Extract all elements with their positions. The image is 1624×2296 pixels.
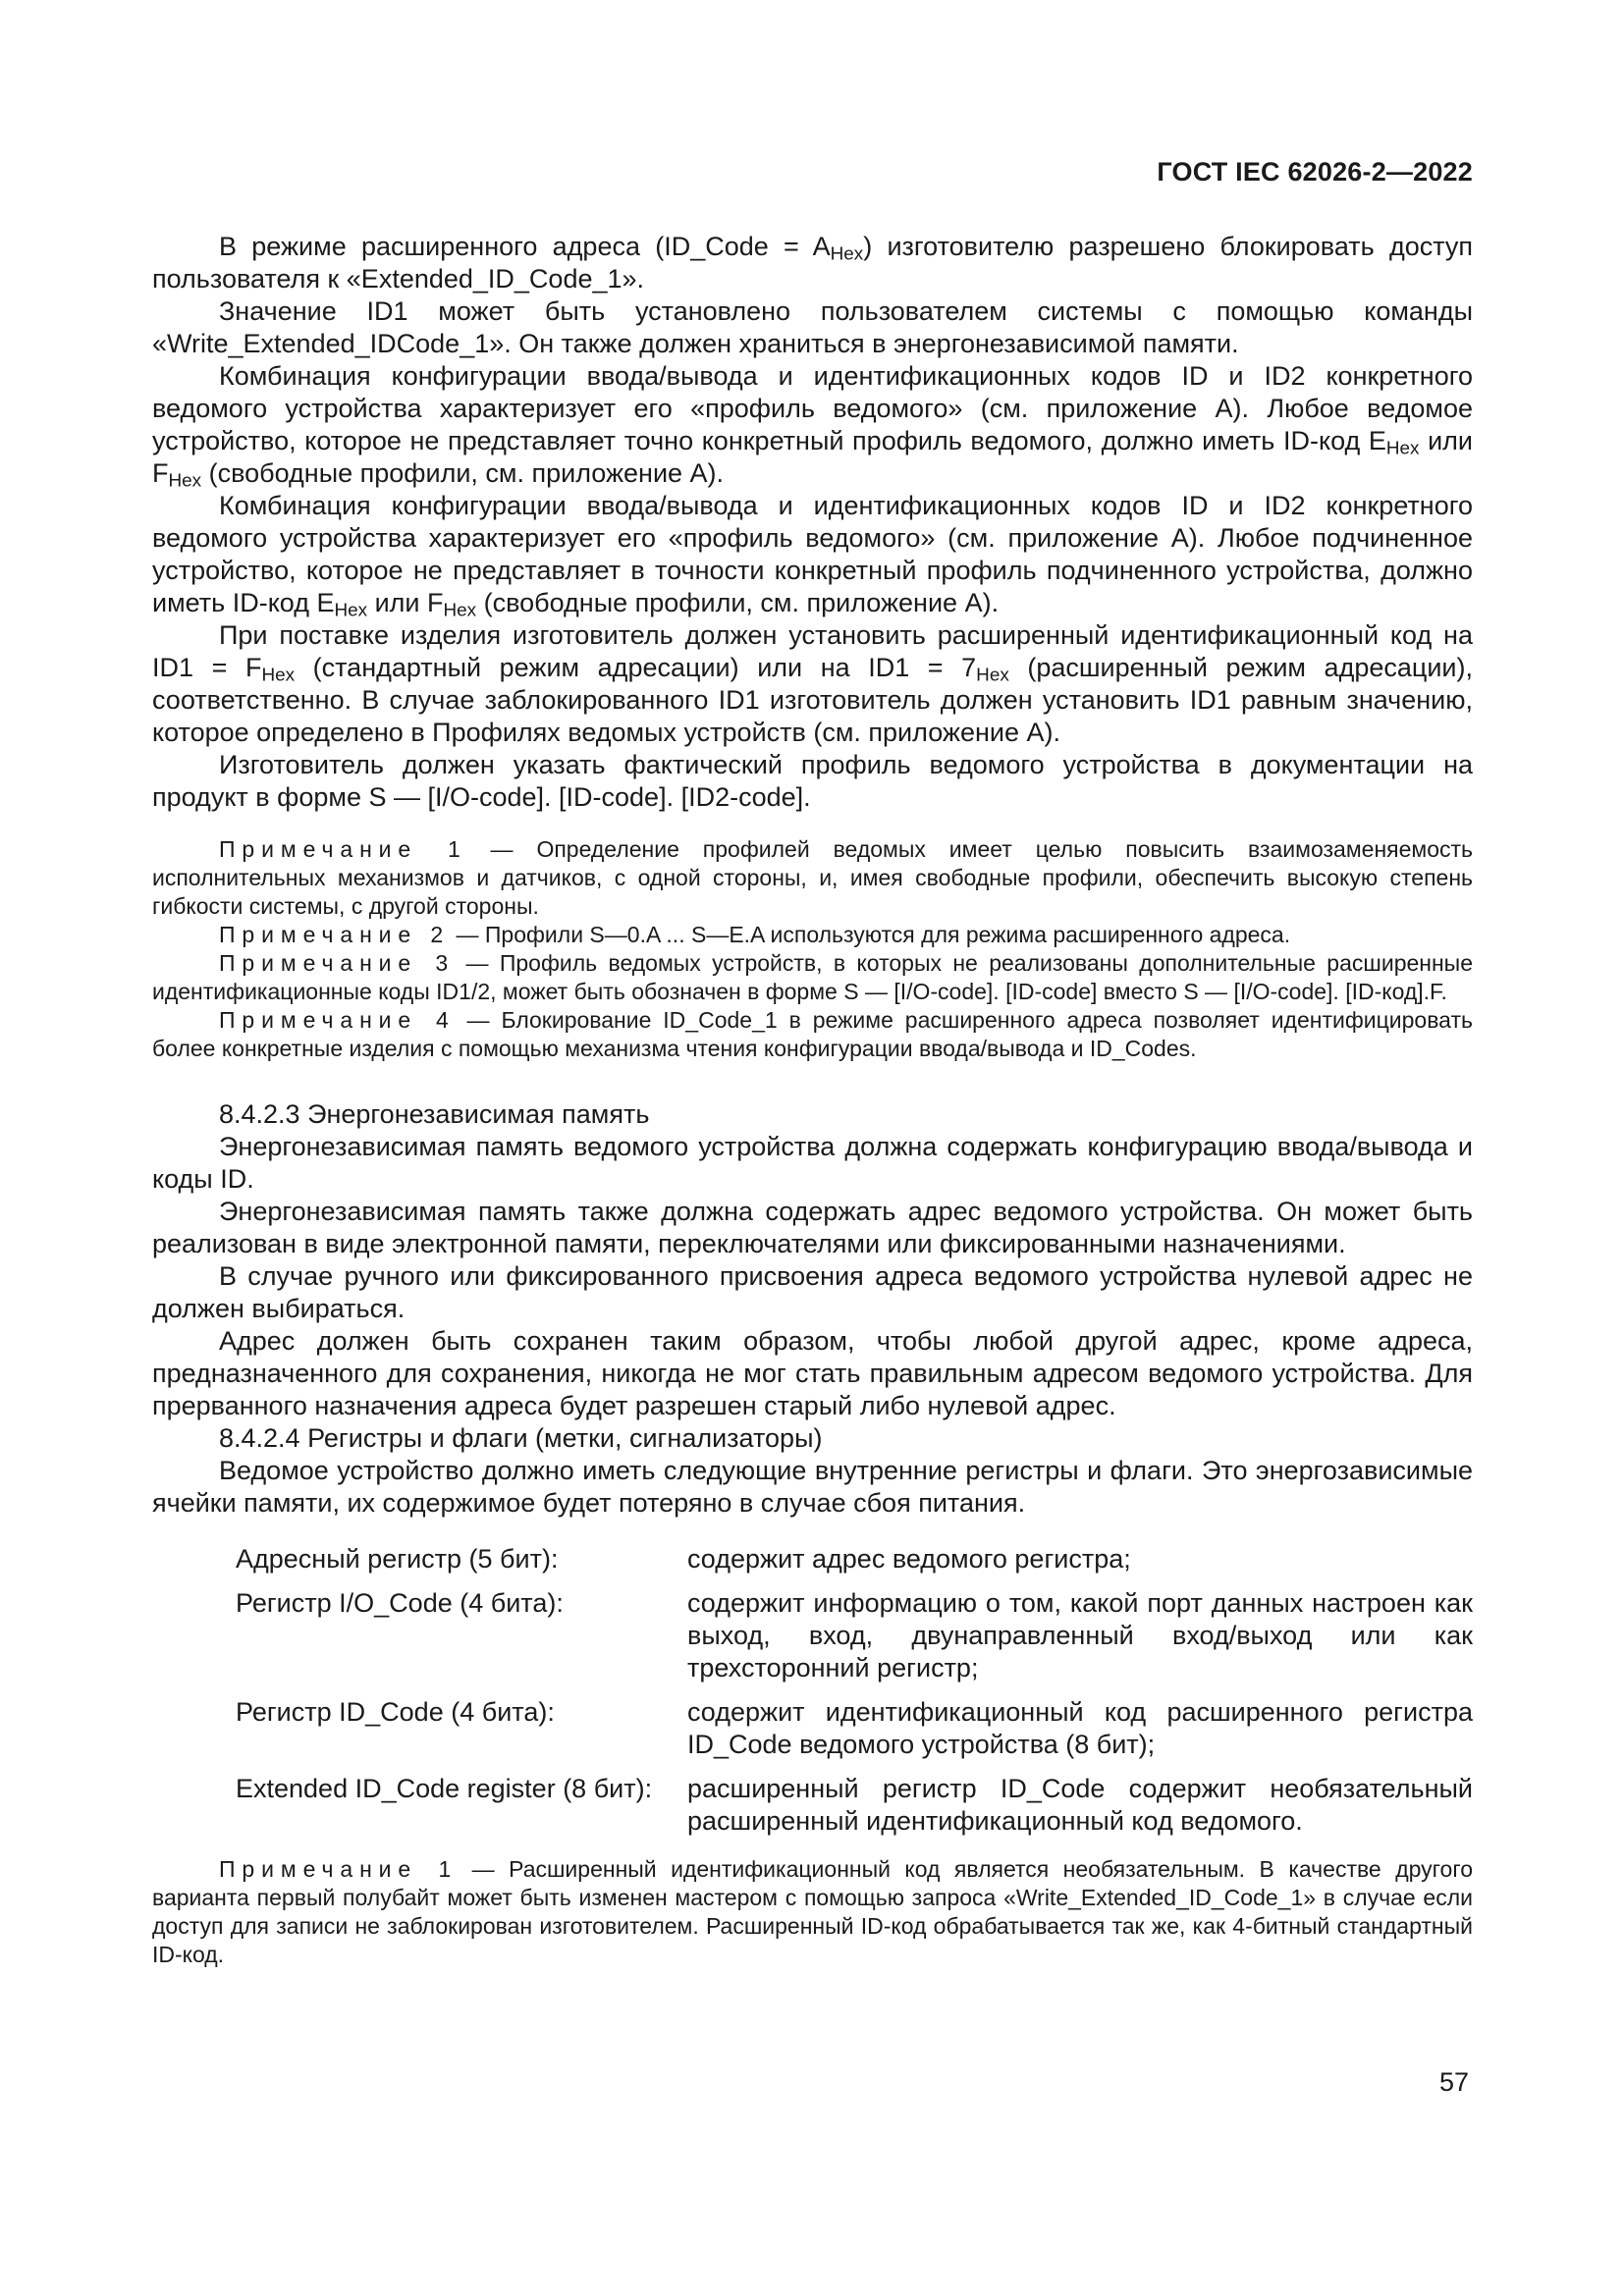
text-segment: или F bbox=[367, 588, 443, 617]
subscript-text: Hex bbox=[831, 244, 864, 265]
text-segment: (свободные профили, см. приложение А). bbox=[476, 588, 999, 617]
register-row: Адресный регистр (5 бит):содержит адрес … bbox=[152, 1543, 1473, 1575]
note-paragraph: Примечание 3 — Профиль ведомых устройств… bbox=[152, 949, 1473, 1006]
text-segment: Комбинация конфигурации ввода/вывода и и… bbox=[152, 361, 1473, 455]
text-segment: Примечание 2 bbox=[219, 922, 450, 947]
body-paragraph: Изготовитель должен указать фактический … bbox=[152, 749, 1473, 814]
intro-paragraphs: В режиме расширенного адреса (ID_Code = … bbox=[152, 231, 1473, 814]
body-paragraph: Адрес должен быть сохранен таким образом… bbox=[152, 1325, 1473, 1422]
body-paragraph: Комбинация конфигурации ввода/вывода и и… bbox=[152, 360, 1473, 490]
body-paragraph: Энергонезависимая память ведомого устрой… bbox=[152, 1131, 1473, 1196]
text-segment: Примечание 1 bbox=[219, 1856, 458, 1882]
text-segment: (стандартный режим адресации) или на ID1… bbox=[295, 653, 976, 682]
section-8-4-2-3-paragraphs: Энергонезависимая память ведомого устрой… bbox=[152, 1131, 1473, 1422]
register-label: Extended ID_Code register (8 бит): bbox=[152, 1773, 687, 1838]
register-row: Extended ID_Code register (8 бит):расшир… bbox=[152, 1773, 1473, 1838]
text-segment: Энергонезависимая память ведомого устрой… bbox=[152, 1132, 1473, 1194]
text-segment: Значение ID1 может быть установлено поль… bbox=[152, 296, 1473, 358]
section-8-4-2-4: 8.4.2.4 Регистры и флаги (метки, сигнали… bbox=[152, 1422, 1473, 1969]
text-segment: Примечание 3 bbox=[219, 950, 455, 976]
body-paragraph: В случае ручного или фиксированного прис… bbox=[152, 1260, 1473, 1325]
section-heading-8-4-2-3: 8.4.2.3 Энергонезависимая память bbox=[152, 1098, 1473, 1131]
note-paragraph: Примечание 2 — Профили S—0.A ... S—E.A и… bbox=[152, 921, 1473, 949]
register-row: Регистр I/O_Code (4 бита):содержит инфор… bbox=[152, 1587, 1473, 1684]
register-description: расширенный регистр ID_Code содержит нео… bbox=[687, 1773, 1473, 1838]
text-segment: Изготовитель должен указать фактический … bbox=[152, 750, 1473, 812]
body-paragraph: Энергонезависимая память также должна со… bbox=[152, 1196, 1473, 1260]
subscript-text: Hex bbox=[335, 601, 368, 621]
document-page: ГОСТ IEC 62026-2—2022 В режиме расширенн… bbox=[0, 0, 1624, 2296]
register-label: Регистр ID_Code (4 бита): bbox=[152, 1696, 687, 1761]
section-8-4-2-4-paragraphs: Ведомое устройство должно иметь следующи… bbox=[152, 1455, 1473, 1520]
body-paragraph: При поставке изделия изготовитель должен… bbox=[152, 619, 1473, 749]
subscript-text: Hex bbox=[261, 666, 295, 686]
text-segment: Примечание 1 bbox=[219, 836, 467, 862]
subscript-text: Hex bbox=[976, 666, 1009, 686]
section-heading-8-4-2-4: 8.4.2.4 Регистры и флаги (метки, сигнали… bbox=[152, 1422, 1473, 1455]
running-header: ГОСТ IEC 62026-2—2022 bbox=[1157, 157, 1473, 187]
text-segment: В режиме расширенного адреса (ID_Code = … bbox=[219, 232, 831, 261]
text-segment: Примечание 4 bbox=[219, 1007, 456, 1033]
text-segment: — Профили S—0.A ... S—E.A используются д… bbox=[450, 922, 1290, 947]
note-paragraph: Примечание 1 — Расширенный идентификацио… bbox=[152, 1855, 1473, 1969]
note-paragraph: Примечание 1 — Определение профилей ведо… bbox=[152, 835, 1473, 921]
body-paragraph: Комбинация конфигурации ввода/вывода и и… bbox=[152, 490, 1473, 619]
subscript-text: Hex bbox=[444, 601, 477, 621]
register-label: Регистр I/O_Code (4 бита): bbox=[152, 1587, 687, 1684]
register-description: содержит информацию о том, какой порт да… bbox=[687, 1587, 1473, 1684]
register-description: содержит идентификационный код расширенн… bbox=[687, 1696, 1473, 1761]
body-paragraph: В режиме расширенного адреса (ID_Code = … bbox=[152, 231, 1473, 295]
notes-group: Примечание 1 — Определение профилей ведо… bbox=[152, 835, 1473, 1063]
intro-section: В режиме расширенного адреса (ID_Code = … bbox=[152, 231, 1473, 1063]
text-segment: Ведомое устройство должно иметь следующи… bbox=[152, 1456, 1473, 1518]
register-row: Регистр ID_Code (4 бита):содержит иденти… bbox=[152, 1696, 1473, 1761]
text-segment: (свободные профили, см. приложение А). bbox=[201, 458, 724, 488]
body-paragraph: Ведомое устройство должно иметь следующи… bbox=[152, 1455, 1473, 1520]
page-number: 57 bbox=[1439, 2067, 1469, 2098]
document-body: В режиме расширенного адреса (ID_Code = … bbox=[152, 231, 1473, 2004]
final-note-group: Примечание 1 — Расширенный идентификацио… bbox=[152, 1855, 1473, 1969]
section-8-4-2-3: 8.4.2.3 Энергонезависимая память Энергон… bbox=[152, 1098, 1473, 1422]
register-definition-list: Адресный регистр (5 бит):содержит адрес … bbox=[152, 1543, 1473, 1838]
register-description: содержит адрес ведомого регистра; bbox=[687, 1543, 1473, 1575]
register-label: Адресный регистр (5 бит): bbox=[152, 1543, 687, 1575]
text-segment: Адрес должен быть сохранен таким образом… bbox=[152, 1326, 1473, 1420]
subscript-text: Hex bbox=[169, 471, 202, 492]
body-paragraph: Значение ID1 может быть установлено поль… bbox=[152, 295, 1473, 360]
note-paragraph: Примечание 4 — Блокирование ID_Code_1 в … bbox=[152, 1006, 1473, 1063]
subscript-text: Hex bbox=[1386, 439, 1420, 459]
text-segment: Энергонезависимая память также должна со… bbox=[152, 1197, 1473, 1258]
text-segment: В случае ручного или фиксированного прис… bbox=[152, 1261, 1473, 1323]
